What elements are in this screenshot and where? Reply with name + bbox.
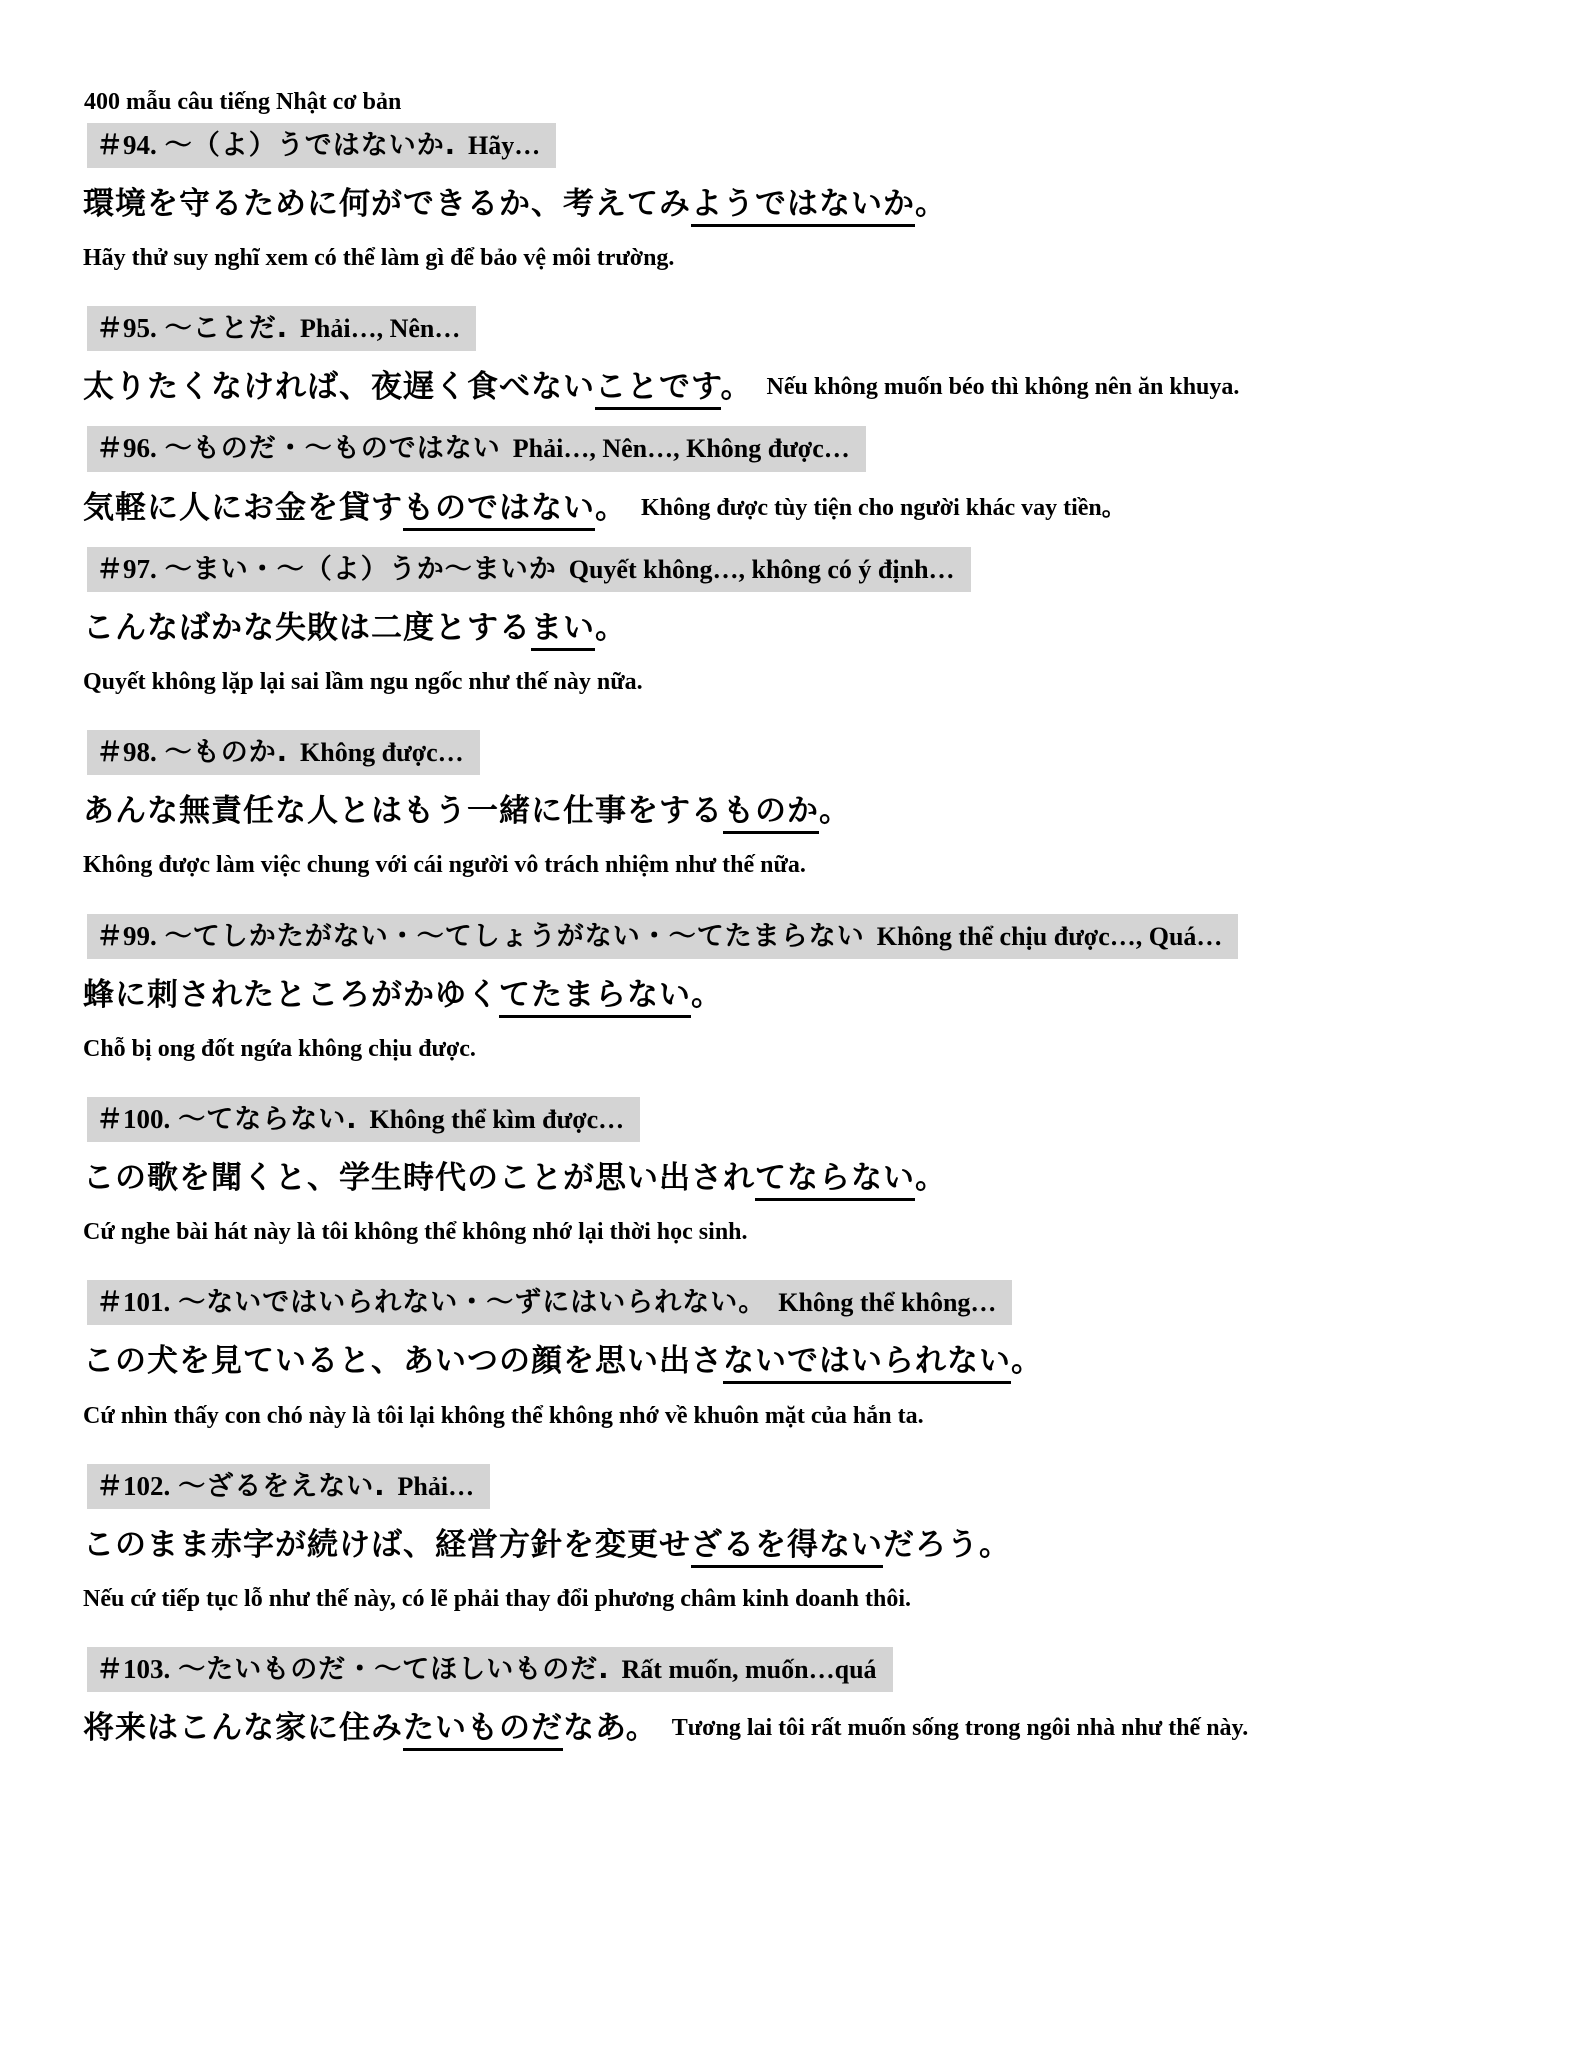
jp-text-after: 。 [721, 369, 753, 405]
example-sentence: このまま赤字が続けば、経営方針を変更せざるを得ないだろう。 [83, 1527, 1543, 1564]
vi-translation: Chỗ bị ong đốt ngứa không chịu được. [83, 1034, 1543, 1065]
section-number: ＃101. [96, 1287, 170, 1317]
pattern-heading-highlight: ＃99.～てしかたがない・～てしょうがない・～てたまらないKhông thể c… [87, 914, 1238, 959]
pattern-meaning: Không thể kìm được… [370, 1105, 625, 1134]
document-title: 400 mẫu câu tiếng Nhật cơ bản [84, 88, 1543, 117]
jp-text-after: だろう。 [883, 1527, 1011, 1563]
pattern-heading-highlight: ＃102.～ざるをえない.Phải… [87, 1464, 490, 1509]
section-number: ＃97. [96, 554, 157, 584]
pattern-meaning: Phải… [398, 1472, 475, 1501]
pattern-jp: ～ものか. [165, 737, 288, 768]
jp-text-after: 。 [595, 610, 627, 646]
jp-text-after: 。 [691, 977, 723, 1013]
section-number: ＃102. [96, 1471, 170, 1501]
jp-text: 太りたくなければ、夜遅く食べない [83, 369, 595, 405]
grammar-section: ＃100.～てならない.Không thể kìm được… この歌を聞くと、… [83, 1097, 1543, 1248]
section-number: ＃99. [96, 921, 157, 951]
jp-text-after: 。 [595, 490, 627, 526]
pattern-meaning: Không được… [300, 738, 464, 767]
pattern-heading-highlight: ＃101.～ないではいられない・～ずにはいられない。Không thể khôn… [87, 1280, 1012, 1325]
example-sentence: 環境を守るために何ができるか、考えてみようではないか。 [83, 186, 1543, 223]
vi-translation: Hãy thử suy nghĩ xem có thể làm gì để bả… [83, 243, 1543, 274]
vi-translation-inline: Không được tùy tiện cho người khác vay t… [641, 495, 1126, 521]
grammar-section: ＃97.～まい・～（よ）うか～まいかQuyết không…, không có… [83, 547, 1543, 698]
pattern-heading: ＃98.～ものか.Không được… [83, 730, 1543, 775]
jp-underlined-text: ざるを得ない [691, 1527, 883, 1568]
pattern-heading: ＃101.～ないではいられない・～ずにはいられない。Không thể khôn… [83, 1280, 1543, 1325]
pattern-heading: ＃103.～たいものだ・～てほしいものだ.Rất muốn, muốn…quá [83, 1647, 1543, 1692]
pattern-jp: ～てならない. [178, 1104, 357, 1135]
jp-underlined-text: ようではないか [691, 186, 915, 227]
pattern-meaning: Phải…, Nên…, Không được… [513, 434, 850, 463]
jp-underlined-text: たいものだ [403, 1710, 563, 1751]
pattern-heading-highlight: ＃96.～ものだ・～ものではないPhải…, Nên…, Không được… [87, 426, 866, 471]
vi-translation-inline: Nếu không muốn béo thì không nên ăn khuy… [767, 374, 1240, 400]
pattern-heading-highlight: ＃97.～まい・～（よ）うか～まいかQuyết không…, không có… [87, 547, 971, 592]
jp-text: あんな無責任な人とはもう一緒に仕事をする [83, 793, 723, 829]
pattern-jp: ～ないではいられない・～ずにはいられない。 [178, 1287, 766, 1318]
jp-text: この犬を見ていると、あいつの顔を思い出さ [83, 1343, 723, 1379]
pattern-heading: ＃97.～まい・～（よ）うか～まいかQuyết không…, không có… [83, 547, 1543, 592]
jp-text-after: 。 [819, 793, 851, 829]
pattern-jp: ～ことだ. [165, 313, 288, 344]
section-number: ＃95. [96, 313, 157, 343]
pattern-jp: ～ものだ・～ものではない [165, 433, 501, 464]
grammar-section: ＃98.～ものか.Không được… あんな無責任な人とはもう一緒に仕事をす… [83, 730, 1543, 881]
pattern-meaning: Hãy… [468, 131, 540, 160]
jp-text: 気軽に人にお金を貸す [83, 490, 403, 526]
pattern-meaning: Phải…, Nên… [300, 314, 460, 343]
pattern-heading: ＃99.～てしかたがない・～てしょうがない・～てたまらないKhông thể c… [83, 914, 1543, 959]
grammar-section: ＃94.～（よ）うではないか.Hãy… 環境を守るために何ができるか、考えてみよ… [83, 123, 1543, 274]
jp-underlined-text: ことです [595, 369, 721, 410]
vi-translation: Cứ nghe bài hát này là tôi không thể khô… [83, 1217, 1543, 1248]
pattern-jp: ～てしかたがない・～てしょうがない・～てたまらない [165, 921, 865, 952]
pattern-heading-highlight: ＃98.～ものか.Không được… [87, 730, 480, 775]
section-number: ＃103. [96, 1654, 170, 1684]
pattern-heading: ＃94.～（よ）うではないか.Hãy… [83, 123, 1543, 168]
vi-translation: Quyết không lặp lại sai lầm ngu ngốc như… [83, 667, 1543, 698]
pattern-jp: ～まい・～（よ）うか～まいか [165, 554, 557, 585]
vi-translation: Không được làm việc chung với cái người … [83, 850, 1543, 881]
example-sentence: 将来はこんな家に住みたいものだなあ。Tương lai tôi rất muốn… [83, 1710, 1543, 1747]
pattern-jp: ～（よ）うではないか. [165, 130, 456, 161]
pattern-heading: ＃100.～てならない.Không thể kìm được… [83, 1097, 1543, 1142]
example-sentence: 太りたくなければ、夜遅く食べないことです。Nếu không muốn béo … [83, 369, 1543, 406]
jp-text-after: 。 [915, 186, 947, 222]
pattern-meaning: Quyết không…, không có ý định… [569, 555, 955, 584]
pattern-meaning: Không thể chịu được…, Quá… [877, 922, 1223, 951]
section-number: ＃100. [96, 1104, 170, 1134]
jp-text-after: なあ。 [563, 1710, 658, 1746]
pattern-heading: ＃96.～ものだ・～ものではないPhải…, Nên…, Không được… [83, 426, 1543, 471]
pattern-heading-highlight: ＃103.～たいものだ・～てほしいものだ.Rất muốn, muốn…quá [87, 1647, 893, 1692]
grammar-section: ＃95.～ことだ.Phải…, Nên… 太りたくなければ、夜遅く食べないことで… [83, 306, 1543, 406]
section-number: ＃94. [96, 130, 157, 160]
example-sentence: あんな無責任な人とはもう一緒に仕事をするものか。 [83, 793, 1543, 830]
pattern-heading-highlight: ＃95.～ことだ.Phải…, Nên… [87, 306, 476, 351]
grammar-section: ＃101.～ないではいられない・～ずにはいられない。Không thể khôn… [83, 1280, 1543, 1431]
example-sentence: この犬を見ていると、あいつの顔を思い出さないではいられない。 [83, 1343, 1543, 1380]
example-sentence: この歌を聞くと、学生時代のことが思い出されてならない。 [83, 1160, 1543, 1197]
jp-text-after: 。 [915, 1160, 947, 1196]
vi-translation-inline: Tương lai tôi rất muốn sống trong ngôi n… [672, 1715, 1248, 1741]
vi-translation: Cứ nhìn thấy con chó này là tôi lại khôn… [83, 1401, 1543, 1432]
pattern-heading: ＃95.～ことだ.Phải…, Nên… [83, 306, 1543, 351]
section-number: ＃98. [96, 737, 157, 767]
example-sentence: 蜂に刺されたところがかゆくてたまらない。 [83, 977, 1543, 1014]
grammar-section: ＃103.～たいものだ・～てほしいものだ.Rất muốn, muốn…quá … [83, 1647, 1543, 1747]
jp-underlined-text: まい [531, 610, 595, 651]
pattern-meaning: Không thể không… [778, 1288, 996, 1317]
pattern-meaning: Rất muốn, muốn…quá [622, 1655, 877, 1684]
jp-underlined-text: ものではない [403, 490, 595, 531]
jp-underlined-text: ものか [723, 793, 819, 834]
grammar-section: ＃99.～てしかたがない・～てしょうがない・～てたまらないKhông thể c… [83, 914, 1543, 1065]
jp-text: 蜂に刺されたところがかゆく [83, 977, 499, 1013]
pattern-heading-highlight: ＃100.～てならない.Không thể kìm được… [87, 1097, 640, 1142]
jp-underlined-text: てたまらない [499, 977, 691, 1018]
example-sentence: こんなばかな失敗は二度とするまい。 [83, 610, 1543, 647]
grammar-section: ＃102.～ざるをえない.Phải… このまま赤字が続けば、経営方針を変更せざる… [83, 1464, 1543, 1615]
section-number: ＃96. [96, 433, 157, 463]
grammar-section: ＃96.～ものだ・～ものではないPhải…, Nên…, Không được…… [83, 426, 1543, 526]
jp-text: このまま赤字が続けば、経営方針を変更せ [83, 1527, 691, 1563]
pattern-heading-highlight: ＃94.～（よ）うではないか.Hãy… [87, 123, 556, 168]
jp-text-after: 。 [1011, 1343, 1043, 1379]
jp-text: 将来はこんな家に住み [83, 1710, 403, 1746]
jp-text: こんなばかな失敗は二度とする [83, 610, 531, 646]
vi-translation: Nếu cứ tiếp tục lỗ như thế này, có lẽ ph… [83, 1584, 1543, 1615]
document-page: 400 mẫu câu tiếng Nhật cơ bản ＃94.～（よ）うで… [0, 0, 1583, 1747]
jp-underlined-text: てならない [755, 1160, 915, 1201]
example-sentence: 気軽に人にお金を貸すものではない。Không được tùy tiện cho… [83, 490, 1543, 527]
jp-text: この歌を聞くと、学生時代のことが思い出され [83, 1160, 755, 1196]
pattern-jp: ～たいものだ・～てほしいものだ. [178, 1654, 609, 1685]
pattern-heading: ＃102.～ざるをえない.Phải… [83, 1464, 1543, 1509]
jp-underlined-text: ないではいられない [723, 1343, 1011, 1384]
jp-text: 環境を守るために何ができるか、考えてみ [83, 186, 691, 222]
pattern-jp: ～ざるをえない. [178, 1471, 385, 1502]
